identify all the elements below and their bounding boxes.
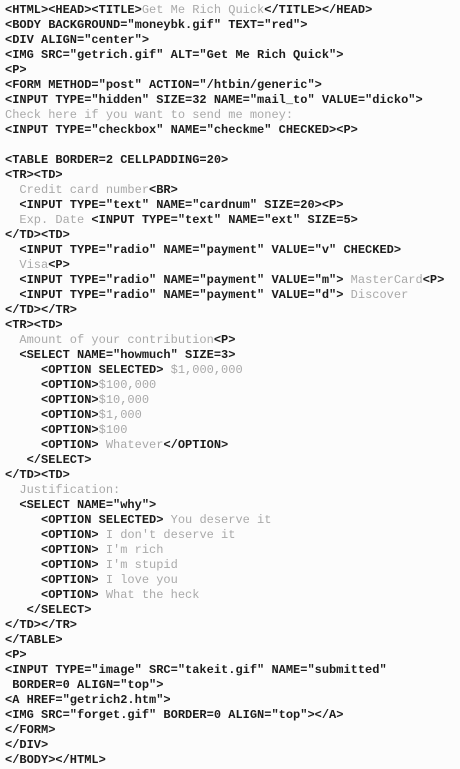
code-line: <IMG SRC="forget.gif" BORDER=0 ALIGN="to…	[5, 708, 460, 723]
literal-text-segment: Exp. Date	[5, 213, 91, 227]
markup-text-segment: <INPUT TYPE="hidden" SIZE=32 NAME="mail_…	[5, 93, 423, 107]
code-line: <INPUT TYPE="image" SRC="takeit.gif" NAM…	[5, 663, 460, 678]
code-line: <FORM METHOD="post" ACTION="/htbin/gener…	[5, 78, 460, 93]
markup-text-segment: <TR><TD>	[5, 318, 63, 332]
markup-text-segment: <TR><TD>	[5, 168, 63, 182]
literal-text-segment: Credit card number	[5, 183, 149, 197]
code-line: <INPUT TYPE="radio" NAME="payment" VALUE…	[5, 273, 460, 288]
markup-text-segment: <INPUT TYPE="checkbox" NAME="checkme" CH…	[5, 123, 358, 137]
markup-text-segment: <OPTION SELECTED>	[5, 513, 163, 527]
code-line: <INPUT TYPE="checkbox" NAME="checkme" CH…	[5, 123, 460, 138]
code-line: <TR><TD>	[5, 318, 460, 333]
literal-text-segment: Whatever	[99, 438, 164, 452]
markup-text-segment: </TABLE>	[5, 633, 63, 647]
code-listing: <HTML><HEAD><TITLE>Get Me Rich Quick</TI…	[5, 3, 460, 768]
code-line: </FORM>	[5, 723, 460, 738]
markup-text-segment: <A HREF="getrich2.htm">	[5, 693, 171, 707]
code-line: <P>	[5, 63, 460, 78]
literal-text-segment: MasterCard	[343, 273, 422, 287]
literal-text-segment: $1,000	[99, 408, 142, 422]
code-line: Check here if you want to send me money:	[5, 108, 460, 123]
markup-text-segment: </SELECT>	[5, 453, 91, 467]
code-line: <TABLE BORDER=2 CELLPADDING=20>	[5, 153, 460, 168]
markup-text-segment: <OPTION>	[5, 423, 99, 437]
code-line: <INPUT TYPE="radio" NAME="payment" VALUE…	[5, 243, 460, 258]
markup-text-segment: </FORM>	[5, 723, 55, 737]
markup-text-segment: <P>	[5, 63, 27, 77]
markup-text-segment: <IMG SRC="forget.gif" BORDER=0 ALIGN="to…	[5, 708, 343, 722]
code-line: <OPTION> Whatever</OPTION>	[5, 438, 460, 453]
scanned-code-page: <HTML><HEAD><TITLE>Get Me Rich Quick</TI…	[0, 0, 460, 769]
code-line: <OPTION> What the heck	[5, 588, 460, 603]
markup-text-segment: <OPTION>	[5, 408, 99, 422]
code-line: <OPTION>$100	[5, 423, 460, 438]
markup-text-segment: <OPTION>	[5, 573, 99, 587]
code-line: </TD></TR>	[5, 303, 460, 318]
code-line: <HTML><HEAD><TITLE>Get Me Rich Quick</TI…	[5, 3, 460, 18]
markup-text-segment: <INPUT TYPE="text" NAME="cardnum" SIZE=2…	[5, 198, 343, 212]
code-line: <OPTION> I love you	[5, 573, 460, 588]
markup-text-segment: <INPUT TYPE="radio" NAME="payment" VALUE…	[5, 273, 343, 287]
code-line	[5, 138, 460, 153]
markup-text-segment: <P>	[214, 333, 236, 347]
literal-text-segment: $1,000,000	[163, 363, 242, 377]
markup-text-segment: </OPTION>	[163, 438, 228, 452]
markup-text-segment: <OPTION>	[5, 393, 99, 407]
literal-text-segment: I love you	[99, 573, 178, 587]
code-line: <OPTION> I'm rich	[5, 543, 460, 558]
markup-text-segment: BORDER=0 ALIGN="top">	[5, 678, 163, 692]
code-line: </DIV>	[5, 738, 460, 753]
code-line: <DIV ALIGN="center">	[5, 33, 460, 48]
code-line: <OPTION> I'm stupid	[5, 558, 460, 573]
markup-text-segment: <OPTION>	[5, 558, 99, 572]
markup-text-segment: <P>	[48, 258, 70, 272]
markup-text-segment: </DIV>	[5, 738, 48, 752]
literal-text-segment: What the heck	[99, 588, 200, 602]
code-line: <OPTION SELECTED> You deserve it	[5, 513, 460, 528]
markup-text-segment: </SELECT>	[5, 603, 91, 617]
markup-text-segment: <OPTION SELECTED>	[5, 363, 163, 377]
code-line: Visa<P>	[5, 258, 460, 273]
code-line: </SELECT>	[5, 453, 460, 468]
markup-text-segment: </BODY></HTML>	[5, 753, 106, 767]
code-line: <SELECT NAME="howmuch" SIZE=3>	[5, 348, 460, 363]
code-line: Exp. Date <INPUT TYPE="text" NAME="ext" …	[5, 213, 460, 228]
markup-text-segment: </TD><TD>	[5, 468, 70, 482]
markup-text-segment: <SELECT NAME="howmuch" SIZE=3>	[5, 348, 235, 362]
markup-text-segment: <P>	[423, 273, 445, 287]
markup-text-segment: <INPUT TYPE="radio" NAME="payment" VALUE…	[5, 288, 343, 302]
literal-text-segment: I'm stupid	[99, 558, 178, 572]
code-line: <P>	[5, 648, 460, 663]
markup-text-segment: <TABLE BORDER=2 CELLPADDING=20>	[5, 153, 228, 167]
literal-text-segment: Amount of your contribution	[5, 333, 214, 347]
code-line: <A HREF="getrich2.htm">	[5, 693, 460, 708]
code-line: Credit card number<BR>	[5, 183, 460, 198]
markup-text-segment: </TITLE></HEAD>	[264, 3, 372, 17]
literal-text-segment: Justification:	[5, 483, 120, 497]
code-line: <INPUT TYPE="hidden" SIZE=32 NAME="mail_…	[5, 93, 460, 108]
markup-text-segment: <OPTION>	[5, 528, 99, 542]
code-line: Amount of your contribution<P>	[5, 333, 460, 348]
literal-text-segment: I'm rich	[99, 543, 164, 557]
code-line: <IMG SRC="getrich.gif" ALT="Get Me Rich …	[5, 48, 460, 63]
code-line: </TD></TR>	[5, 618, 460, 633]
markup-text-segment: <P>	[5, 648, 27, 662]
markup-text-segment: </TD></TR>	[5, 303, 77, 317]
code-line: </TABLE>	[5, 633, 460, 648]
code-line: </BODY></HTML>	[5, 753, 460, 768]
markup-text-segment: </TD><TD>	[5, 228, 70, 242]
code-line: <BODY BACKGROUND="moneybk.gif" TEXT="red…	[5, 18, 460, 33]
code-line: <OPTION> I don't deserve it	[5, 528, 460, 543]
markup-text-segment: <OPTION>	[5, 378, 99, 392]
markup-text-segment: <IMG SRC="getrich.gif" ALT="Get Me Rich …	[5, 48, 343, 62]
code-line: <OPTION>$100,000	[5, 378, 460, 393]
markup-text-segment: <OPTION>	[5, 588, 99, 602]
markup-text-segment: <SELECT NAME="why">	[5, 498, 156, 512]
markup-text-segment: <FORM METHOD="post" ACTION="/htbin/gener…	[5, 78, 322, 92]
literal-text-segment: $10,000	[99, 393, 149, 407]
code-line: </SELECT>	[5, 603, 460, 618]
code-line: <SELECT NAME="why">	[5, 498, 460, 513]
code-line: </TD><TD>	[5, 468, 460, 483]
code-line: Justification:	[5, 483, 460, 498]
code-line: BORDER=0 ALIGN="top">	[5, 678, 460, 693]
markup-text-segment: <INPUT TYPE="text" NAME="ext" SIZE=5>	[91, 213, 357, 227]
code-line: <OPTION>$10,000	[5, 393, 460, 408]
markup-text-segment: <OPTION>	[5, 543, 99, 557]
code-line: <OPTION>$1,000	[5, 408, 460, 423]
markup-text-segment: <BODY BACKGROUND="moneybk.gif" TEXT="red…	[5, 18, 307, 32]
markup-text-segment: <DIV ALIGN="center">	[5, 33, 149, 47]
literal-text-segment: $100	[99, 423, 128, 437]
code-line: </TD><TD>	[5, 228, 460, 243]
markup-text-segment: <HTML><HEAD><TITLE>	[5, 3, 142, 17]
markup-text-segment: <INPUT TYPE="image" SRC="takeit.gif" NAM…	[5, 663, 387, 677]
markup-text-segment: <INPUT TYPE="radio" NAME="payment" VALUE…	[5, 243, 401, 257]
literal-text-segment: $100,000	[99, 378, 157, 392]
code-line: <INPUT TYPE="radio" NAME="payment" VALUE…	[5, 288, 460, 303]
code-line: <TR><TD>	[5, 168, 460, 183]
literal-text-segment: I don't deserve it	[99, 528, 236, 542]
code-line: <INPUT TYPE="text" NAME="cardnum" SIZE=2…	[5, 198, 460, 213]
literal-text-segment: Check here if you want to send me money:	[5, 108, 293, 122]
markup-text-segment: <OPTION>	[5, 438, 99, 452]
literal-text-segment: Discover	[343, 288, 408, 302]
code-line: <OPTION SELECTED> $1,000,000	[5, 363, 460, 378]
literal-text-segment: You deserve it	[163, 513, 271, 527]
markup-text-segment: </TD></TR>	[5, 618, 77, 632]
literal-text-segment: Get Me Rich Quick	[142, 3, 264, 17]
markup-text-segment: <BR>	[149, 183, 178, 197]
literal-text-segment: Visa	[5, 258, 48, 272]
